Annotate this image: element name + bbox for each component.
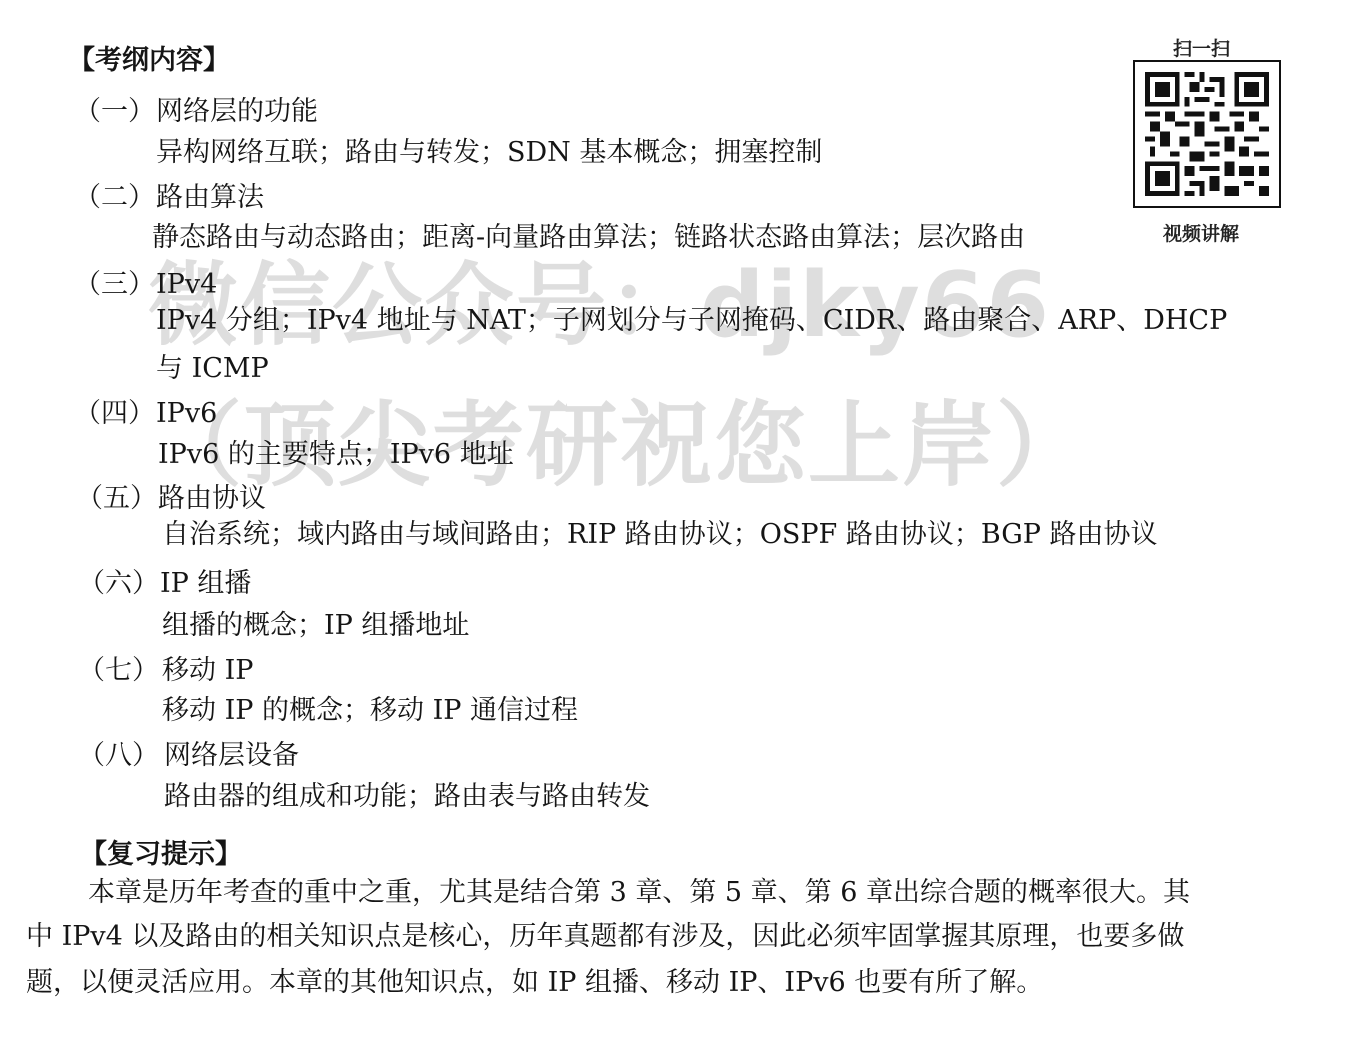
section-title-4: IPv6 xyxy=(156,397,217,431)
qr-code[interactable] xyxy=(1133,60,1281,208)
qr-bottom-caption: 视频讲解 xyxy=(1163,219,1239,246)
section-title-7: 移动 IP xyxy=(162,654,253,688)
section-detail-8: 路由器的组成和功能；路由表与路由转发 xyxy=(164,780,650,814)
document-page: 微信公众号：djky66 （顶尖考研祝您上岸） 【考纲内容】 （一） 网络层的功… xyxy=(0,0,1363,1044)
section-title-5: 路由协议 xyxy=(158,482,266,516)
section-label-7: （七） xyxy=(78,654,159,688)
section-title-6: IP 组播 xyxy=(160,567,251,601)
section-label-5: （五） xyxy=(76,482,157,516)
section-label-8: （八） xyxy=(78,739,159,773)
section-title-8: 网络层设备 xyxy=(164,739,299,773)
review-line-3: 题，以便灵活应用。本章的其他知识点，如 IP 组播、移动 IP、IPv6 也要有… xyxy=(26,966,1043,1000)
section-detail-5: 自治系统；域内路由与域间路由；RIP 路由协议；OSPF 路由协议；BGP 路由… xyxy=(162,518,1158,552)
section-label-6: （六） xyxy=(78,567,159,601)
section-detail-3-cont: 与 ICMP xyxy=(156,352,269,386)
review-line-1: 本章是历年考查的重中之重，尤其是结合第 3 章、第 5 章、第 6 章出综合题的… xyxy=(88,876,1190,910)
section-title-3: IPv4 xyxy=(156,268,217,302)
section-label-3: （三） xyxy=(74,268,155,302)
qr-top-caption: 扫一扫 xyxy=(1173,34,1230,61)
section-detail-4: IPv6 的主要特点；IPv6 地址 xyxy=(158,438,514,472)
section-detail-1: 异构网络互联；路由与转发；SDN 基本概念；拥塞控制 xyxy=(156,136,822,170)
qr-code-icon xyxy=(1145,72,1269,196)
section-detail-7: 移动 IP 的概念；移动 IP 通信过程 xyxy=(162,694,578,728)
section-detail-6: 组播的概念；IP 组播地址 xyxy=(162,609,469,643)
section-label-1: （一） xyxy=(74,95,155,129)
section-label-2: （二） xyxy=(74,181,155,215)
review-line-2: 中 IPv4 以及路由的相关知识点是核心，历年真题都有涉及，因此必须牢固掌握其原… xyxy=(26,920,1184,954)
section-title-1: 网络层的功能 xyxy=(156,95,318,129)
section-label-4: （四） xyxy=(74,397,155,431)
section-detail-3: IPv4 分组；IPv4 地址与 NAT；子网划分与子网掩码、CIDR、路由聚合… xyxy=(156,304,1227,338)
section-detail-2: 静态路由与动态路由；距离-向量路由算法；链路状态路由算法；层次路由 xyxy=(152,221,1025,255)
section-title-2: 路由算法 xyxy=(156,181,264,215)
syllabus-heading: 【考纲内容】 xyxy=(68,44,230,78)
review-heading: 【复习提示】 xyxy=(80,838,242,872)
